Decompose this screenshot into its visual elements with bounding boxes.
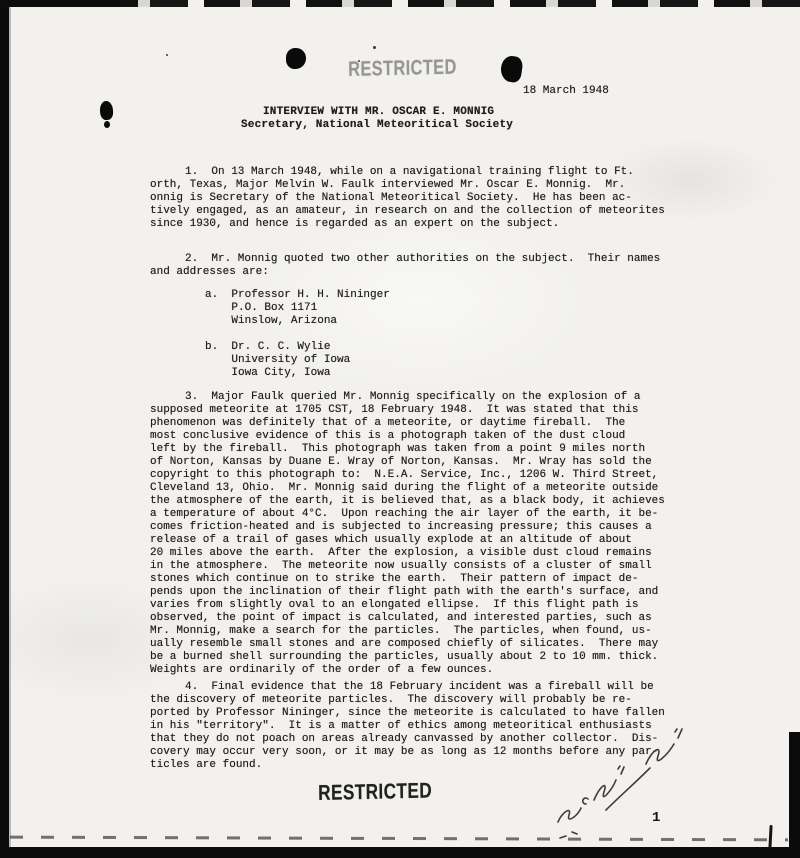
- text-line: orth, Texas, Major Melvin W. Faulk inter…: [150, 179, 665, 192]
- text-line: Weights are ordinarily of the order of a…: [150, 664, 665, 677]
- text-line: of Norton, Kansas by Duane E. Wray of No…: [150, 456, 665, 469]
- text-line: onnig is Secretary of the National Meteo…: [150, 192, 665, 205]
- text-line: and addresses are:: [150, 266, 660, 279]
- text-line: 3. Major Faulk queried Mr. Monnig specif…: [150, 391, 665, 404]
- document-title-line1: INTERVIEW WITH MR. OSCAR E. MONNIG: [263, 106, 494, 119]
- speck: [166, 54, 168, 56]
- restricted-stamp-top: RESTRICTED: [348, 56, 457, 82]
- text-line: Iowa City, Iowa: [205, 367, 350, 380]
- text-line: University of Iowa: [205, 354, 350, 367]
- text-line: varies from slightly oval to an elongate…: [150, 599, 665, 612]
- paragraph-1: 1. On 13 March 1948, while on a navigati…: [150, 166, 665, 231]
- text-line: ported by Professor Nininger, since the …: [150, 707, 665, 720]
- text-line: be a burned shell surrounding the partic…: [150, 651, 665, 664]
- scan-edge-top: [0, 0, 800, 7]
- text-line: stones which continue on to strike the e…: [150, 573, 665, 586]
- text-line: tively engaged, as an amateur, in resear…: [150, 205, 665, 218]
- text-line: comes friction-heated and is subjected t…: [150, 521, 665, 534]
- authority-item-a: a. Professor H. H. Nininger P.O. Box 117…: [205, 289, 390, 328]
- text-line: a. Professor H. H. Nininger: [205, 289, 390, 302]
- ink-stroke-mark: [768, 825, 772, 849]
- scan-edge-left: [0, 0, 9, 858]
- paragraph-3: 3. Major Faulk queried Mr. Monnig specif…: [150, 391, 665, 677]
- text-line: release of a trail of gases which usuall…: [150, 534, 665, 547]
- text-line: observed, the point of impact is calcula…: [150, 612, 665, 625]
- text-line: 1. On 13 March 1948, while on a navigati…: [150, 166, 665, 179]
- text-line: Cleveland 13, Ohio. Mr. Monnig said duri…: [150, 482, 665, 495]
- text-line: Mr. Monnig, make a search for the partic…: [150, 625, 665, 638]
- text-line: the discovery of meteorite particles. Th…: [150, 694, 665, 707]
- text-line: ually resemble small stones and are comp…: [150, 638, 665, 651]
- ink-mark-margin-dot: [104, 121, 110, 128]
- text-line: supposed meteorite at 1705 CST, 18 Febru…: [150, 404, 665, 417]
- authority-item-b: b. Dr. C. C. Wylie University of Iowa Io…: [205, 341, 350, 380]
- page-number: 1: [652, 810, 660, 826]
- scan-edge-bottom: [0, 847, 800, 858]
- restricted-stamp-bottom: RESTRICTED: [318, 779, 432, 806]
- text-line: 2. Mr. Monnig quoted two other authoriti…: [150, 253, 660, 266]
- text-line: since 1930, and hence is regarded as an …: [150, 218, 665, 231]
- text-line: most conclusive evidence of this is a ph…: [150, 430, 665, 443]
- text-line: in the atmosphere. The meteorite now usu…: [150, 560, 665, 573]
- ink-blob-right: [499, 55, 523, 84]
- scanned-page: RESTRICTED RESTRICTED 18 March 1948 INTE…: [0, 0, 800, 858]
- text-line: 20 miles above the earth. After the expl…: [150, 547, 665, 560]
- text-line: left by the fireball. This photograph wa…: [150, 443, 665, 456]
- text-line: a temperature of about 4°C. Upon reachin…: [150, 508, 665, 521]
- text-line: pends upon the inclination of their flig…: [150, 586, 665, 599]
- text-line: b. Dr. C. C. Wylie: [205, 341, 350, 354]
- document-date: 18 March 1948: [523, 85, 609, 98]
- text-line: Winslow, Arizona: [205, 315, 390, 328]
- ink-mark-margin: [99, 101, 113, 121]
- text-line: the atmosphere of the earth, it is belie…: [150, 495, 665, 508]
- text-line: 4. Final evidence that the 18 February i…: [150, 681, 665, 694]
- text-line: phenomenon was definitely that of a mete…: [150, 417, 665, 430]
- speck: [373, 46, 376, 49]
- handwritten-annotation: [548, 720, 700, 840]
- document-title-line2: Secretary, National Meteoritical Society: [241, 119, 513, 132]
- ink-blob-left: [286, 48, 306, 69]
- scan-edge-right: [789, 732, 800, 858]
- paragraph-2: 2. Mr. Monnig quoted two other authoriti…: [150, 253, 660, 279]
- text-line: copyright to this photograph to: N.E.A. …: [150, 469, 665, 482]
- text-line: P.O. Box 1171: [205, 302, 390, 315]
